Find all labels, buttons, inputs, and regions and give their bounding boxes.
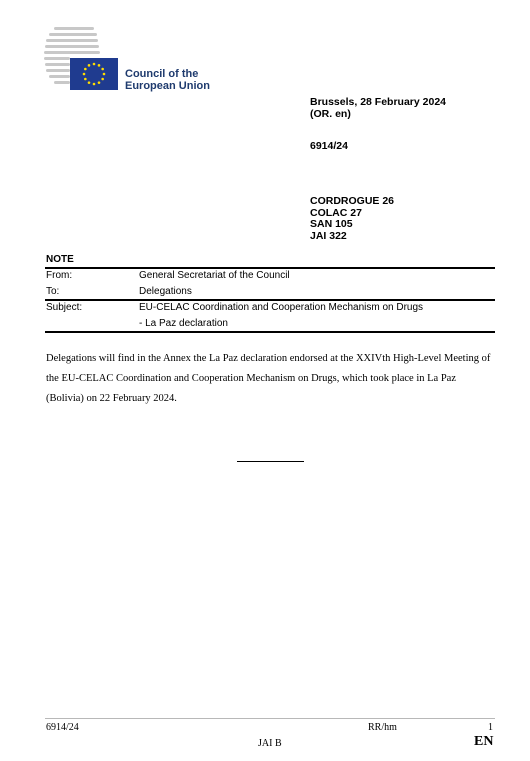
subject-value: EU-CELAC Coordination and Cooperation Me… [139, 302, 423, 314]
org-name-line2: European Union [125, 80, 210, 92]
divider [45, 331, 495, 333]
eu-flag-icon [70, 58, 118, 90]
footer-doc-number: 6914/24 [46, 722, 79, 734]
footer-reference: RR/hm [368, 722, 397, 734]
footer-department: JAI B [258, 738, 282, 750]
council-logo: Council of the European Union [44, 27, 224, 97]
to-label: To: [46, 286, 59, 298]
code-item: CORDROGUE 26 [310, 196, 394, 208]
footer-divider [45, 718, 495, 719]
page-number: 1 [488, 722, 493, 734]
to-value: Delegations [139, 286, 192, 298]
language-code: EN [474, 736, 493, 748]
from-label: From: [46, 270, 72, 282]
org-name-line1: Council of the [125, 68, 210, 80]
organization-name: Council of the European Union [125, 68, 210, 92]
body-paragraph: Delegations will find in the Annex the L… [46, 349, 496, 409]
code-item: SAN 105 [310, 219, 394, 231]
subject-label: Subject: [46, 302, 82, 314]
subject-value-line2: - La Paz declaration [139, 318, 228, 330]
code-item: JAI 322 [310, 231, 394, 243]
document-date: Brussels, 28 February 2024 [310, 96, 446, 108]
original-language: (OR. en) [310, 108, 351, 120]
document-number: 6914/24 [310, 140, 348, 152]
classification-codes: CORDROGUE 26 COLAC 27 SAN 105 JAI 322 [310, 196, 394, 242]
divider [45, 299, 495, 301]
divider [45, 267, 495, 269]
note-title: NOTE [46, 254, 74, 265]
from-value: General Secretariat of the Council [139, 270, 290, 282]
end-separator [237, 461, 304, 462]
